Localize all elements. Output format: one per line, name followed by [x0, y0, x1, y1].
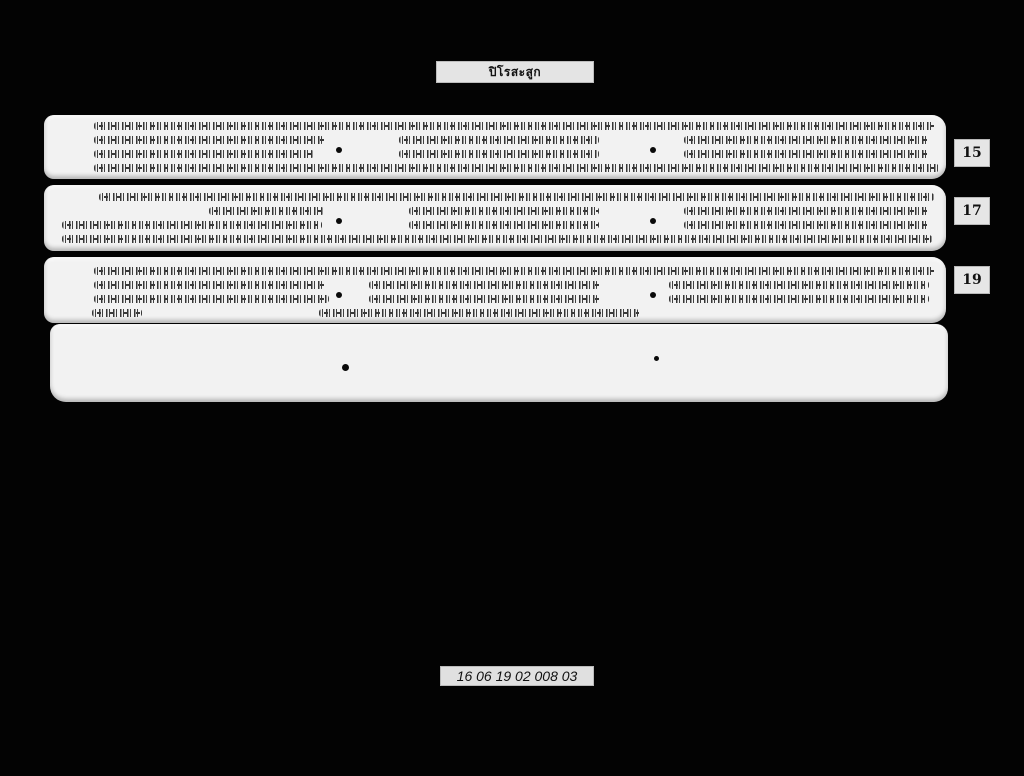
palm-leaf-page-17	[44, 185, 946, 251]
script-line	[684, 221, 929, 229]
script-line	[684, 207, 929, 215]
binding-hole	[650, 218, 656, 224]
binding-hole	[650, 147, 656, 153]
script-line	[94, 295, 329, 303]
binding-hole	[336, 147, 342, 153]
leaf-number-15: 15	[954, 139, 990, 167]
script-line	[94, 281, 324, 289]
manuscript-title-label: ปิโรสะสูก	[436, 61, 594, 83]
script-line	[209, 207, 324, 215]
script-line	[94, 122, 934, 130]
script-line	[669, 281, 929, 289]
script-line	[99, 193, 934, 201]
script-line	[399, 136, 599, 144]
leaf-number-19: 19	[954, 266, 990, 294]
binding-hole	[650, 292, 656, 298]
archive-reference-code: 16 06 19 02 008 03	[440, 666, 594, 686]
script-line	[92, 309, 142, 317]
palm-leaf-page-19	[44, 257, 946, 323]
script-line	[94, 164, 939, 172]
script-line	[94, 136, 324, 144]
binding-hole	[342, 364, 349, 371]
binding-hole	[336, 218, 342, 224]
script-line	[399, 150, 599, 158]
script-line	[62, 235, 932, 243]
script-line	[94, 267, 934, 275]
script-line	[62, 221, 322, 229]
script-line	[684, 150, 929, 158]
palm-leaf-blank	[50, 324, 948, 402]
script-line	[684, 136, 929, 144]
palm-leaf-page-15	[44, 115, 946, 179]
binding-hole	[336, 292, 342, 298]
script-line	[369, 295, 599, 303]
script-line	[409, 207, 599, 215]
leaf-number-17: 17	[954, 197, 990, 225]
script-line	[669, 295, 929, 303]
script-line	[319, 309, 639, 317]
script-line	[369, 281, 599, 289]
script-line	[94, 150, 314, 158]
binding-hole	[654, 356, 659, 361]
script-line	[409, 221, 599, 229]
